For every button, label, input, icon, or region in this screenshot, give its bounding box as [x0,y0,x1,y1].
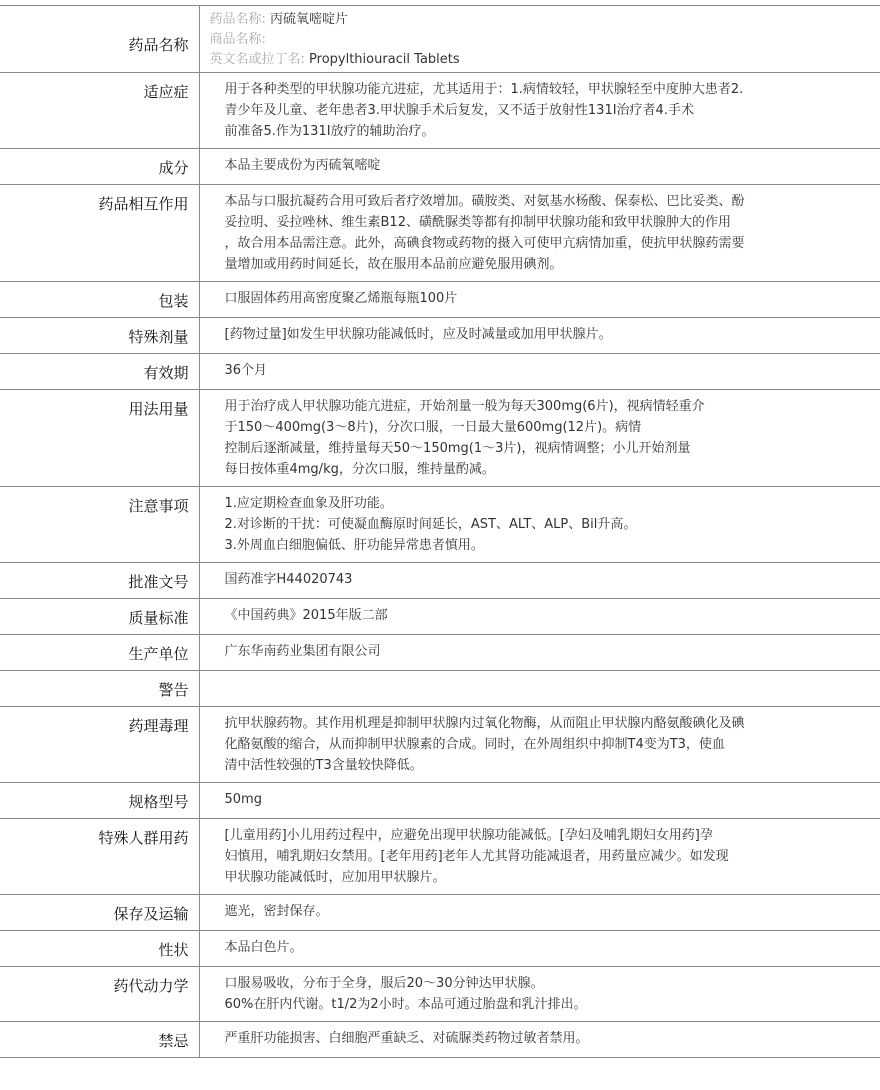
row-label: 药品名称 [0,6,199,73]
row-label: 包装 [0,282,199,318]
drug-spec-table: 药品名称 药品名称: 丙硫氧嘧啶片 商品名称: 英文名或拉丁名: Propylt… [0,5,880,1058]
spec-row: 特殊剂量[药物过量]如发生甲状腺功能减低时，应及时减量或加用甲状腺片。 [0,318,880,354]
spec-row: 禁忌严重肝功能损害、白细胞严重缺乏、对硫脲类药物过敏者禁用。 [0,1022,880,1058]
spec-row: 保存及运输遮光，密封保存。 [0,895,880,931]
row-value: 广东华南药业集团有限公司 [199,635,880,671]
row-label: 适应症 [0,73,199,149]
row-value: 药品名称: 丙硫氧嘧啶片 商品名称: 英文名或拉丁名: Propylthiour… [199,6,880,73]
value-line: 抗甲状腺药物。其作用机理是抑制甲状腺内过氧化物酶，从而阻止甲状腺内酪氨酸碘化及碘 [225,713,871,734]
row-label: 药代动力学 [0,967,199,1022]
spec-row: 药代动力学口服易吸收，分布于全身，服后20～30分钟达甲状腺。60%在肝内代谢。… [0,967,880,1022]
english-name-line: 英文名或拉丁名: Propylthiouracil Tablets [210,50,871,70]
value-line: 遮光，密封保存。 [225,901,871,922]
row-label: 特殊剂量 [0,318,199,354]
value-line: 严重肝功能损害、白细胞严重缺乏、对硫脲类药物过敏者禁用。 [225,1028,871,1049]
spec-row: 规格型号50mg [0,783,880,819]
row-label: 生产单位 [0,635,199,671]
row-label: 性状 [0,931,199,967]
row-value: 本品白色片。 [199,931,880,967]
spec-row: 性状本品白色片。 [0,931,880,967]
row-value: 口服固体药用高密度聚乙烯瓶每瓶100片 [199,282,880,318]
row-value: 本品与口服抗凝药合用可致后者疗效增加。磺胺类、对氨基水杨酸、保泰松、巴比妥类、酚… [199,185,880,282]
value-line: 36个月 [225,360,871,381]
value-line: 妥拉明、妥拉唑林、维生素B12、磺酰脲类等都有抑制甲状腺功能和致甲状腺肿大的作用 [225,212,871,233]
value-line: 本品主要成份为丙硫氧嘧啶 [225,155,871,176]
value-line: [药物过量]如发生甲状腺功能减低时，应及时减量或加用甲状腺片。 [225,324,871,345]
row-label: 成分 [0,149,199,185]
generic-name-value: 丙硫氧嘧啶片 [270,12,348,27]
row-label: 批准文号 [0,563,199,599]
row-value: 口服易吸收，分布于全身，服后20～30分钟达甲状腺。60%在肝内代谢。t1/2为… [199,967,880,1022]
value-line: 《中国药典》2015年版二部 [225,605,871,626]
spec-row: 警告​ [0,671,880,707]
row-label: 警告 [0,671,199,707]
value-line: 本品与口服抗凝药合用可致后者疗效增加。磺胺类、对氨基水杨酸、保泰松、巴比妥类、酚 [225,191,871,212]
english-name-value: Propylthiouracil Tablets [309,52,460,67]
spec-row: 生产单位广东华南药业集团有限公司 [0,635,880,671]
value-line: 前准备5.作为131I放疗的辅助治疗。 [225,121,871,142]
value-line: 控制后逐渐减量，维持量每天50～150mg(1～3片)，视病情调整；小儿开始剂量 [225,438,871,459]
value-line: ，故合用本品需注意。此外，高碘食物或药物的摄入可使甲亢病情加重，使抗甲状腺药需要 [225,233,871,254]
spec-row: 用法用量用于治疗成人甲状腺功能亢进症，开始剂量一般为每天300mg(6片)，视病… [0,390,880,487]
row-value: 本品主要成份为丙硫氧嘧啶 [199,149,880,185]
value-line: 每日按体重4mg/kg，分次口服，维持量酌减。 [225,459,871,480]
value-line: 量增加或用药时间延长，故在服用本品前应避免服用碘剂。 [225,254,871,275]
value-line: 用于各种类型的甲状腺功能亢进症，尤其适用于：1.病情较轻，甲状腺轻至中度肿大患者… [225,79,871,100]
row-value: 1.应定期检查血象及肝功能。2.对诊断的干扰：可使凝血酶原时间延长，AST、AL… [199,487,880,563]
value-line: 2.对诊断的干扰：可使凝血酶原时间延长，AST、ALT、ALP、Bil升高。 [225,514,871,535]
row-value: 遮光，密封保存。 [199,895,880,931]
row-label: 禁忌 [0,1022,199,1058]
row-value: 抗甲状腺药物。其作用机理是抑制甲状腺内过氧化物酶，从而阻止甲状腺内酪氨酸碘化及碘… [199,707,880,783]
value-line: 3.外周血白细胞偏低、肝功能异常患者慎用。 [225,535,871,556]
row-label: 有效期 [0,354,199,390]
value-line: 妇慎用，哺乳期妇女禁用。[老年用药]老年人尤其肾功能减退者，用药量应减少。如发现 [225,846,871,867]
row-label: 药理毒理 [0,707,199,783]
generic-name-label: 药品名称: [210,12,266,27]
spec-row: 成分本品主要成份为丙硫氧嘧啶 [0,149,880,185]
row-value: 用于各种类型的甲状腺功能亢进症，尤其适用于：1.病情较轻，甲状腺轻至中度肿大患者… [199,73,880,149]
spec-row: 质量标准《中国药典》2015年版二部 [0,599,880,635]
spec-row: 特殊人群用药[儿童用药]小儿用药过程中，应避免出现甲状腺功能减低。[孕妇及哺乳期… [0,819,880,895]
row-label: 规格型号 [0,783,199,819]
value-line: 广东华南药业集团有限公司 [225,641,871,662]
row-label: 用法用量 [0,390,199,487]
row-label: 质量标准 [0,599,199,635]
row-label: 药品相互作用 [0,185,199,282]
value-line: ​ [225,677,871,698]
value-line: 60%在肝内代谢。t1/2为2小时。本品可通过胎盘和乳汁排出。 [225,994,871,1015]
spec-row: 注意事项1.应定期检查血象及肝功能。2.对诊断的干扰：可使凝血酶原时间延长，AS… [0,487,880,563]
row-value: [儿童用药]小儿用药过程中，应避免出现甲状腺功能减低。[孕妇及哺乳期妇女用药]孕… [199,819,880,895]
value-line: 国药准字H44020743 [225,569,871,590]
value-line: [儿童用药]小儿用药过程中，应避免出现甲状腺功能减低。[孕妇及哺乳期妇女用药]孕 [225,825,871,846]
row-value: 严重肝功能损害、白细胞严重缺乏、对硫脲类药物过敏者禁用。 [199,1022,880,1058]
spec-row: 批准文号国药准字H44020743 [0,563,880,599]
row-value: [药物过量]如发生甲状腺功能减低时，应及时减量或加用甲状腺片。 [199,318,880,354]
generic-name-line: 药品名称: 丙硫氧嘧啶片 [210,10,871,30]
row-value: ​ [199,671,880,707]
value-line: 用于治疗成人甲状腺功能亢进症，开始剂量一般为每天300mg(6片)，视病情轻重介 [225,396,871,417]
row-value: 用于治疗成人甲状腺功能亢进症，开始剂量一般为每天300mg(6片)，视病情轻重介… [199,390,880,487]
row-drug-name: 药品名称 药品名称: 丙硫氧嘧啶片 商品名称: 英文名或拉丁名: Propylt… [0,6,880,73]
trade-name-label: 商品名称: [210,32,266,47]
value-line: 口服易吸收，分布于全身，服后20～30分钟达甲状腺。 [225,973,871,994]
value-line: 青少年及儿童、老年患者3.甲状腺手术后复发，又不适于放射性131I治疗者4.手术 [225,100,871,121]
spec-row: 有效期36个月 [0,354,880,390]
value-line: 甲状腺功能减低时，应加用甲状腺片。 [225,867,871,888]
spec-row: 适应症用于各种类型的甲状腺功能亢进症，尤其适用于：1.病情较轻，甲状腺轻至中度肿… [0,73,880,149]
trade-name-line: 商品名称: [210,30,871,50]
spec-row: 药品相互作用本品与口服抗凝药合用可致后者疗效增加。磺胺类、对氨基水杨酸、保泰松、… [0,185,880,282]
row-value: 36个月 [199,354,880,390]
row-label: 特殊人群用药 [0,819,199,895]
spec-row: 包装口服固体药用高密度聚乙烯瓶每瓶100片 [0,282,880,318]
english-name-label: 英文名或拉丁名: [210,52,305,67]
value-line: 口服固体药用高密度聚乙烯瓶每瓶100片 [225,288,871,309]
value-line: 于150～400mg(3～8片)，分次口服，一日最大量600mg(12片)。病情 [225,417,871,438]
row-label: 注意事项 [0,487,199,563]
value-line: 清中活性较强的T3含量较快降低。 [225,755,871,776]
spec-row: 药理毒理抗甲状腺药物。其作用机理是抑制甲状腺内过氧化物酶，从而阻止甲状腺内酪氨酸… [0,707,880,783]
value-line: 1.应定期检查血象及肝功能。 [225,493,871,514]
value-line: 50mg [225,789,871,810]
value-line: 化酪氨酸的缩合，从而抑制甲状腺素的合成。同时，在外周组织中抑制T4变为T3，使血 [225,734,871,755]
row-value: 国药准字H44020743 [199,563,880,599]
value-line: 本品白色片。 [225,937,871,958]
row-value: 《中国药典》2015年版二部 [199,599,880,635]
row-value: 50mg [199,783,880,819]
row-label: 保存及运输 [0,895,199,931]
